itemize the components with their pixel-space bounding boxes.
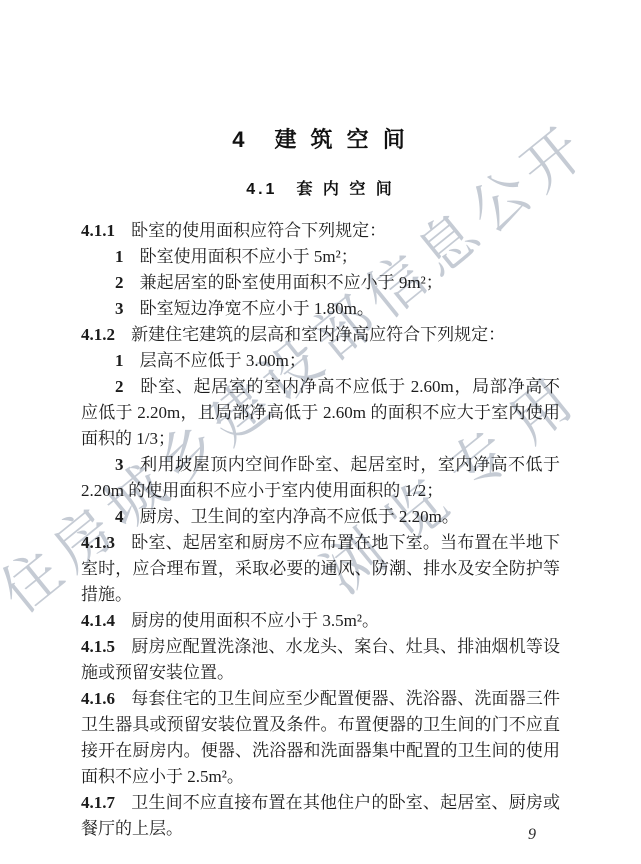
clause-number: 4.1.6	[81, 689, 115, 708]
item-number: 1	[115, 247, 124, 266]
clause-text: 新建住宅建筑的层高和室内净高应符合下列规定：	[131, 325, 505, 344]
item-number: 4	[115, 507, 124, 526]
item-number: 2	[115, 377, 124, 396]
chapter-title: 4 建 筑 空 间	[81, 126, 560, 154]
clause-4-1-2: 4.1.2新建住宅建筑的层高和室内净高应符合下列规定：	[81, 322, 560, 348]
item-text: 利用坡屋顶内空间作卧室、起居室时，室内净高不低于 2.20m 的使用面积不应小于…	[81, 455, 560, 500]
clause-4-1-5: 4.1.5厨房应配置洗涤池、水龙头、案台、灶具、排油烟机等设施或预留安装位置。	[81, 634, 560, 686]
clause-list: 4.1.1卧室的使用面积应符合下列规定： 1卧室使用面积不应小于 5m²； 2兼…	[81, 218, 560, 842]
item-number: 2	[115, 273, 124, 292]
clause-text: 卧室、起居室和厨房不应布置在地下室。当布置在半地下室时，应合理布置，采取必要的通…	[81, 533, 560, 604]
clause-text: 每套住宅的卫生间应至少配置便器、洗浴器、洗面器三件卫生器具或预留安装位置及条件。…	[81, 689, 560, 786]
clause-4-1-3: 4.1.3卧室、起居室和厨房不应布置在地下室。当布置在半地下室时，应合理布置，采…	[81, 530, 560, 608]
clause-number: 4.1.7	[81, 793, 115, 812]
item-text: 卧室、起居室的室内净高不应低于 2.60m，局部净高不应低于 2.20m，且局部…	[81, 377, 560, 448]
item-text: 兼起居室的卧室使用面积不应小于 9m²；	[140, 273, 443, 292]
clause-number: 4.1.5	[81, 637, 115, 656]
clause-4-1-7: 4.1.7卫生间不应直接布置在其他住户的卧室、起居室、厨房或餐厅的上层。	[81, 790, 560, 842]
subitem-4: 4厨房、卫生间的室内净高不应低于 2.20m。	[81, 504, 560, 530]
item-number: 1	[115, 351, 124, 370]
clause-text: 卧室的使用面积应符合下列规定：	[131, 221, 386, 240]
clause-number: 4.1.4	[81, 611, 115, 630]
subitem-3: 3卧室短边净宽不应小于 1.80m。	[81, 296, 560, 322]
clause-text: 厨房的使用面积不应小于 3.5m²。	[131, 611, 379, 630]
subitem-3: 3利用坡屋顶内空间作卧室、起居室时，室内净高不低于 2.20m 的使用面积不应小…	[81, 452, 560, 504]
page-content: 4 建 筑 空 间 4.1 套 内 空 间 4.1.1卧室的使用面积应符合下列规…	[81, 126, 560, 842]
item-number: 3	[115, 455, 124, 474]
clause-number: 4.1.3	[81, 533, 115, 552]
item-text: 层高不应低于 3.00m；	[140, 351, 306, 370]
clause-text: 卫生间不应直接布置在其他住户的卧室、起居室、厨房或餐厅的上层。	[81, 793, 560, 838]
clause-number: 4.1.2	[81, 325, 115, 344]
item-text: 卧室使用面积不应小于 5m²；	[140, 247, 358, 266]
subitem-2: 2卧室、起居室的室内净高不应低于 2.60m，局部净高不应低于 2.20m，且局…	[81, 374, 560, 452]
clause-number: 4.1.1	[81, 221, 115, 240]
clause-4-1-1: 4.1.1卧室的使用面积应符合下列规定：	[81, 218, 560, 244]
clause-4-1-4: 4.1.4厨房的使用面积不应小于 3.5m²。	[81, 608, 560, 634]
item-text: 厨房、卫生间的室内净高不应低于 2.20m。	[140, 507, 459, 526]
subitem-1: 1层高不应低于 3.00m；	[81, 348, 560, 374]
item-number: 3	[115, 299, 124, 318]
section-title: 4.1 套 内 空 间	[81, 180, 560, 200]
clause-text: 厨房应配置洗涤池、水龙头、案台、灶具、排油烟机等设施或预留安装位置。	[81, 637, 560, 682]
page-number: 9	[528, 826, 536, 844]
subitem-1: 1卧室使用面积不应小于 5m²；	[81, 244, 560, 270]
clause-4-1-6: 4.1.6每套住宅的卫生间应至少配置便器、洗浴器、洗面器三件卫生器具或预留安装位…	[81, 686, 560, 790]
subitem-2: 2兼起居室的卧室使用面积不应小于 9m²；	[81, 270, 560, 296]
document-page: 住房城乡建设部信息公开 浏览专用 4 建 筑 空 间 4.1 套 内 空 间 4…	[0, 0, 641, 864]
item-text: 卧室短边净宽不应小于 1.80m。	[140, 299, 374, 318]
